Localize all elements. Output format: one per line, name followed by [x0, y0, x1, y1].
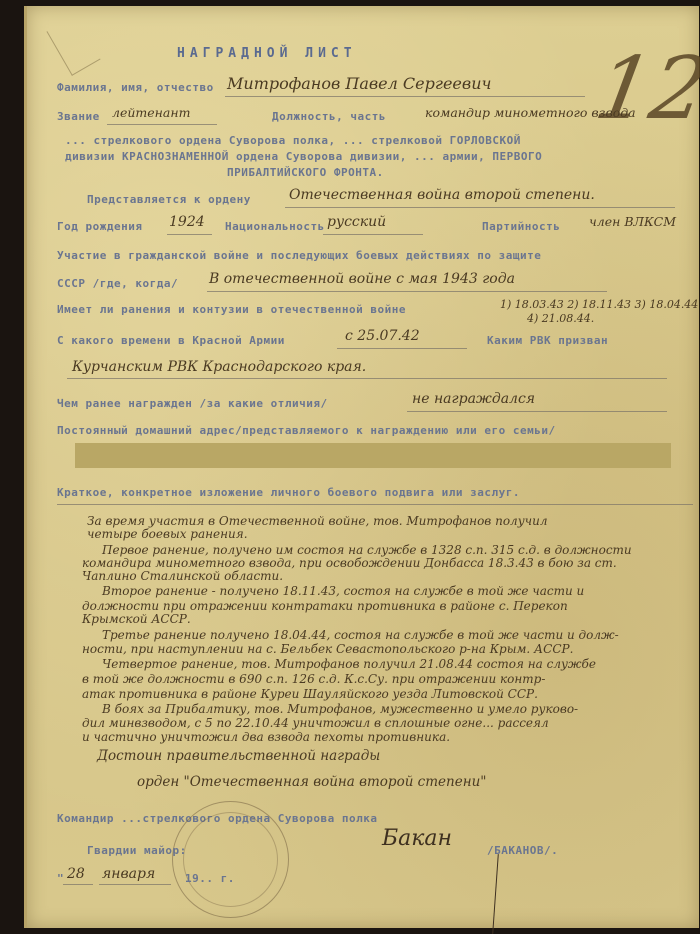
narrative-line: Четвертое ранение, тов. Митрофанов получ… — [102, 657, 596, 671]
handwritten-signature: Бакан — [382, 826, 452, 851]
army-since-value: с 25.07.42 — [345, 328, 420, 344]
signer-name: /БАКАНОВ/. — [487, 844, 558, 857]
date-day: 28 — [67, 866, 85, 882]
narrative-line: атак противника в районе Куреи Шауляйско… — [82, 687, 538, 701]
nationality-label: Национальность — [225, 220, 325, 233]
award-value: Отечественная война второй степени. — [289, 187, 595, 203]
rank-value: лейтенант — [112, 105, 190, 120]
narrative-line: Третье ранение получено 18.04.44, состоя… — [102, 628, 619, 642]
wounds-value-line-2: 4) 21.08.44. — [527, 312, 594, 325]
round-seal-stamp — [172, 801, 289, 918]
narrative-line: Чаплино Сталинской области. — [82, 569, 283, 583]
signer-rank: Гвардии майор: — [87, 844, 187, 857]
civil-war-label-2: СССР /где, когда/ — [57, 277, 178, 290]
prev-awards-value: не награждался — [412, 391, 535, 407]
document-title: НАГРАДНОЙ ЛИСТ — [177, 46, 357, 61]
narrative-line: в той же должности в 690 с.п. 126 с.д. К… — [82, 672, 545, 686]
prev-awards-label: Чем ранее награжден /за какие отличия/ — [57, 397, 328, 410]
redacted-address — [75, 443, 671, 468]
name-value: Митрофанов Павел Сергеевич — [227, 74, 491, 93]
drafted-label: Каким РВК призван — [487, 334, 608, 347]
summary-label: Краткое, конкретное изложение личного бо… — [57, 486, 520, 499]
address-label: Постоянный домашний адрес/представляемог… — [57, 424, 556, 437]
narrative-line: дил минвзводом, с 5 по 22.10.44 уничтожи… — [82, 716, 549, 730]
narrative-line: Первое ранение, получено им состоя на сл… — [102, 543, 632, 557]
unit-line-2: дивизии КРАСНОЗНАМЕННОЙ ордена Суворова … — [65, 150, 542, 163]
narrative-line: В боях за Прибалтику, тов. Митрофанов, м… — [102, 702, 578, 716]
unit-line-1: ... стрелкового ордена Суворова полка, .… — [65, 134, 521, 147]
signature-stroke — [492, 854, 499, 933]
army-since-label: С какого времени в Красной Армии — [57, 334, 285, 347]
narrative-line: орден "Отечественная война второй степен… — [137, 774, 487, 790]
award-label: Представляется к ордену — [87, 193, 251, 206]
wounds-label: Имеет ли ранения и контузии в отечествен… — [57, 303, 406, 316]
date-month: января — [102, 866, 155, 882]
name-label: Фамилия, имя, отчество — [57, 81, 214, 94]
unit-line-3: ПРИБАЛТИЙСКОГО ФРОНТА. — [227, 166, 384, 179]
award-sheet: НАГРАДНОЙ ЛИСТ 121 Фамилия, имя, отчеств… — [24, 6, 699, 928]
narrative-line: Достоин правительственной награды — [97, 748, 380, 764]
wounds-value-line-1: 1) 18.03.43 2) 18.11.43 3) 18.04.44 — [500, 298, 698, 311]
position-label: Должность, часть — [272, 110, 386, 123]
rank-label: Звание — [57, 110, 100, 123]
narrative-line: Крымской АССР. — [82, 612, 191, 626]
birth-year-value: 1924 — [169, 214, 205, 230]
narrative-line: должности при отражении контратаки проти… — [82, 599, 568, 613]
party-value: член ВЛКСМ — [589, 214, 676, 229]
narrative-line: и частично уничтожил два взвода пехоты п… — [82, 730, 450, 744]
narrative-line: четыре боевых ранения. — [87, 527, 248, 541]
narrative-line: ности, при наступлении на с. Бельбек Сев… — [82, 642, 573, 656]
civil-war-value: В отечественной войне с мая 1943 года — [209, 271, 515, 287]
nationality-value: русский — [327, 214, 386, 230]
civil-war-label-1: Участие в гражданской войне и последующи… — [57, 249, 541, 262]
narrative-line: командира минометного взвода, при освобо… — [82, 556, 617, 570]
date-year: 19.. г. — [185, 872, 235, 885]
position-value: командир минометного взвода — [425, 105, 636, 120]
birth-year-label: Год рождения — [57, 220, 142, 233]
narrative-line: Второе ранение - получено 18.11.43, сост… — [102, 584, 584, 598]
party-label: Партийность — [482, 220, 560, 233]
drafted-value: Курчанским РВК Краснодарского края. — [72, 359, 366, 375]
corner-annotation-mark — [46, 15, 100, 76]
narrative-line: За время участия в Отечественной войне, … — [87, 514, 548, 528]
